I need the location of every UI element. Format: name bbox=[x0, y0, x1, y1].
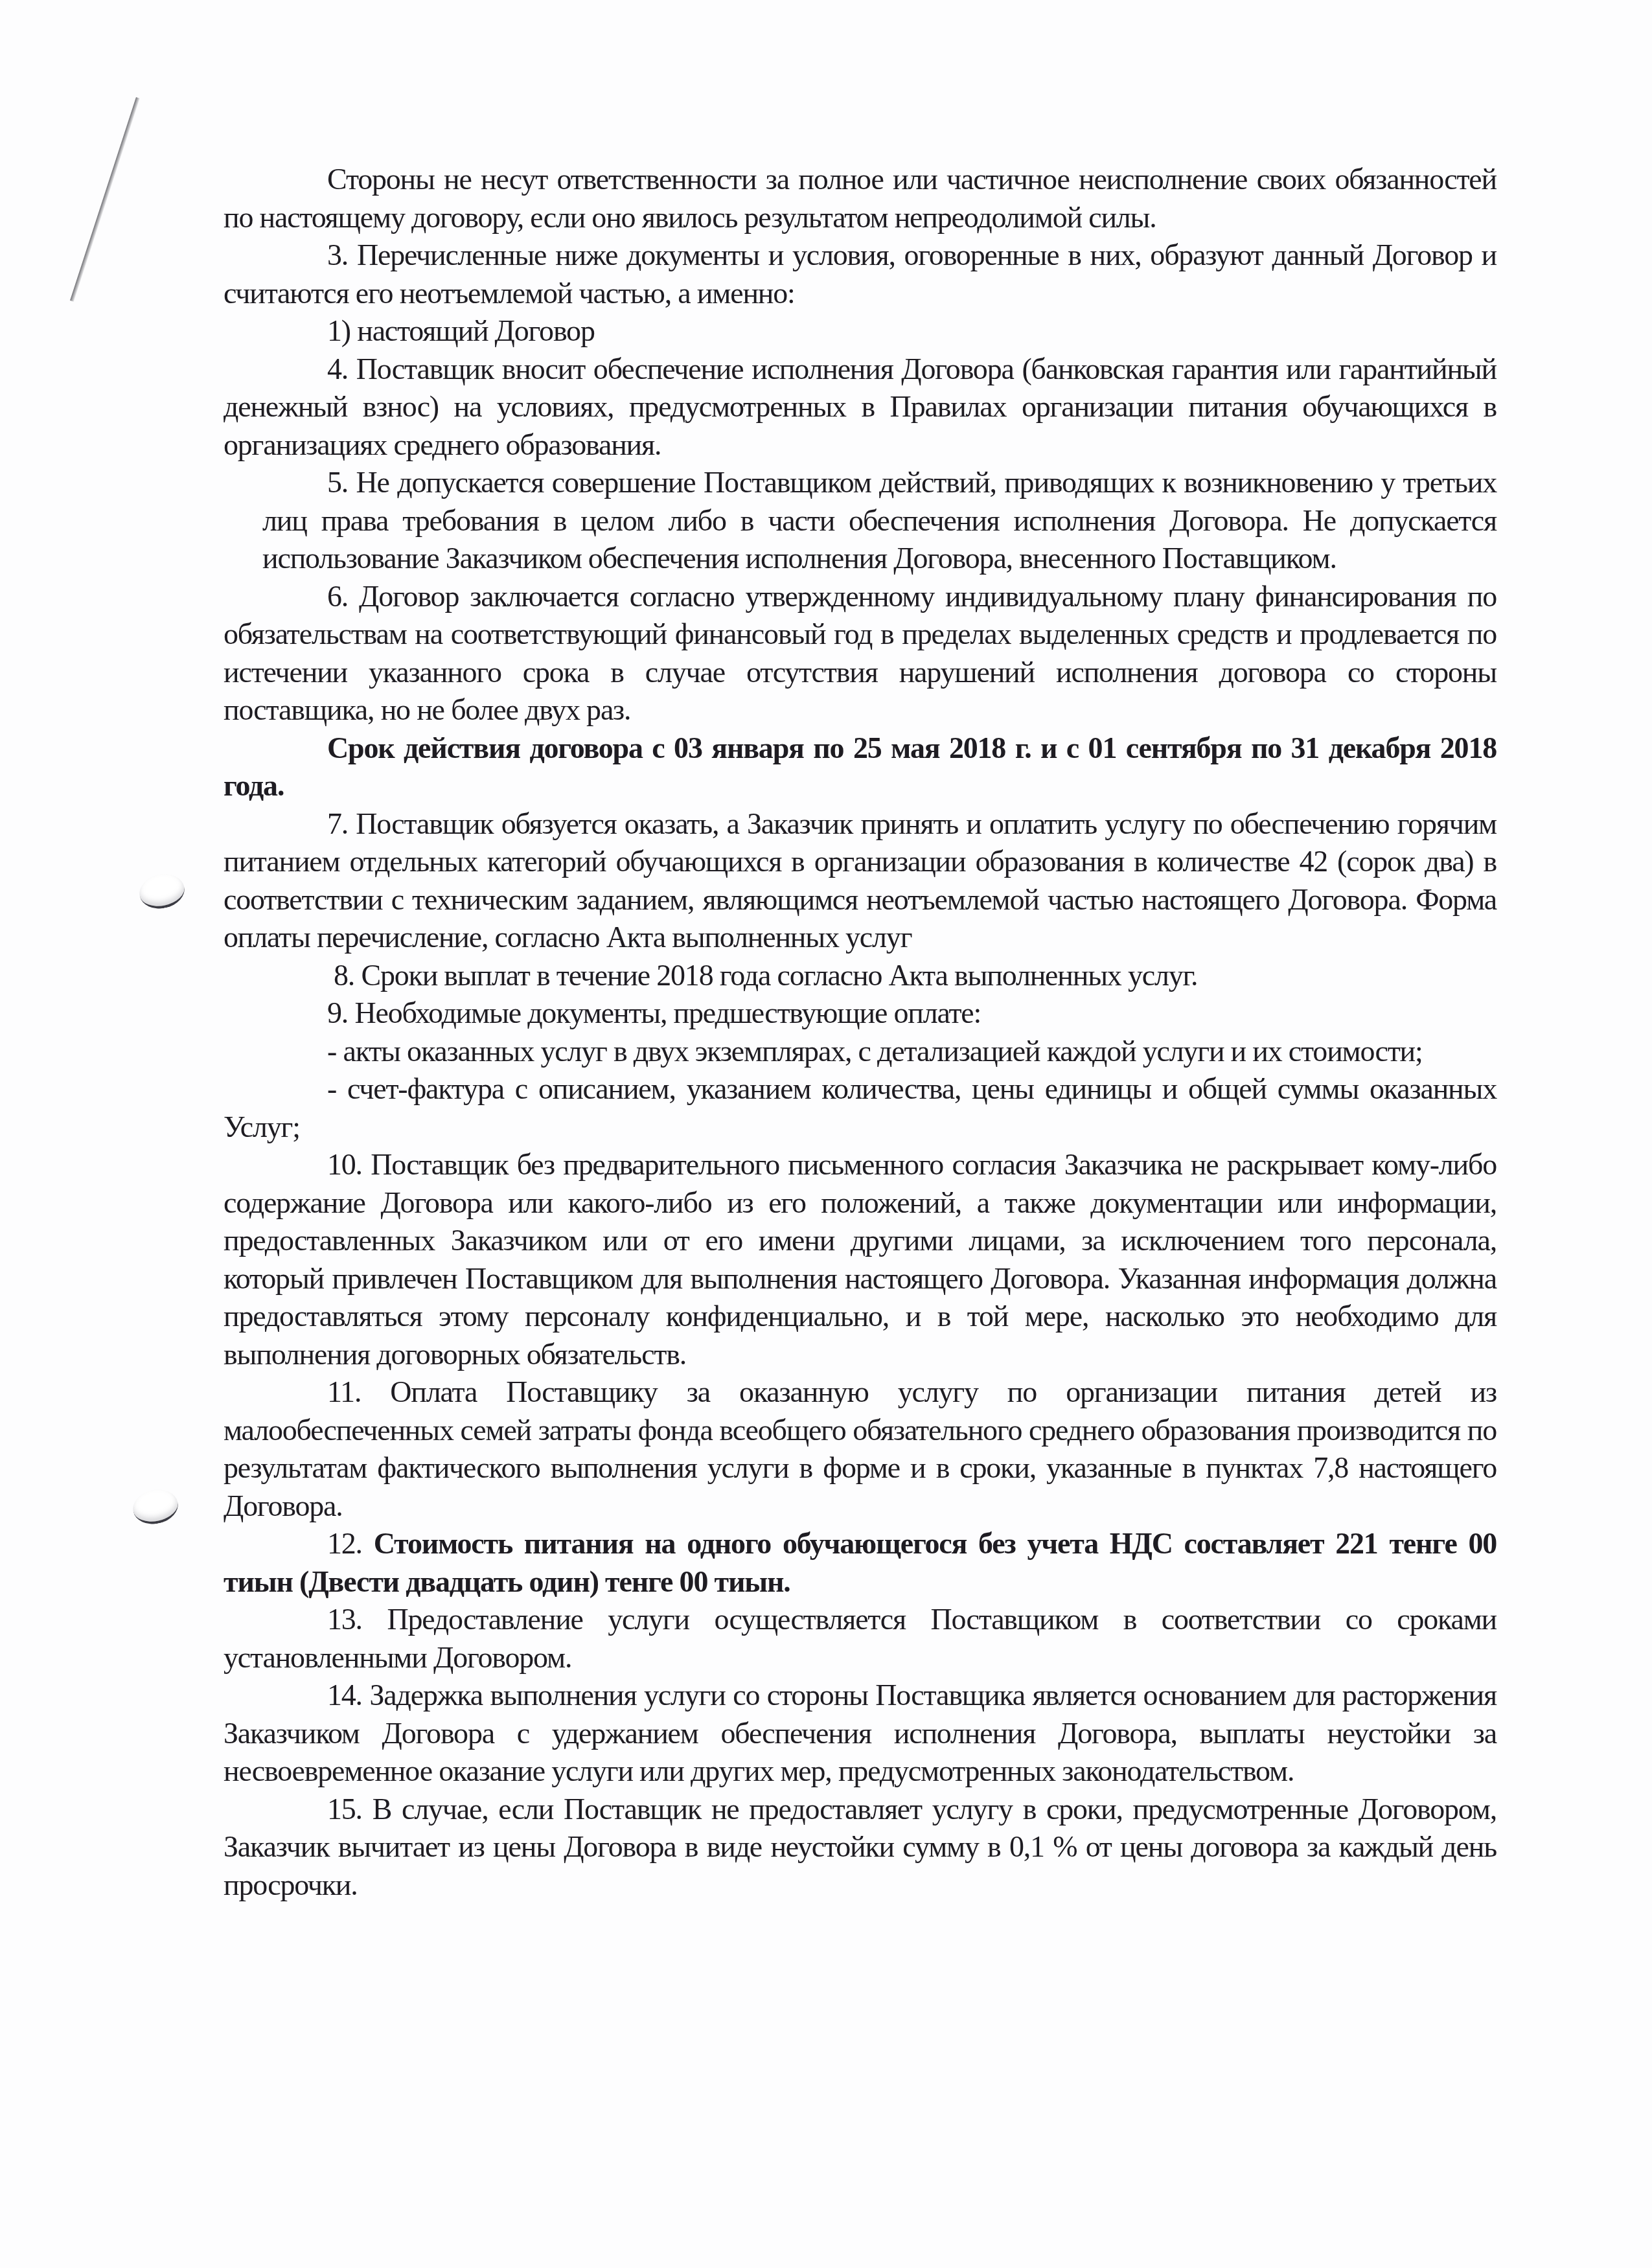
paragraph-12-price-bold: Стоимость питания на одного обучающегося… bbox=[224, 1527, 1497, 1598]
punch-hole-lower bbox=[130, 1485, 181, 1528]
paragraph-3: 3. Перечисленные ниже документы и услови… bbox=[224, 236, 1497, 312]
punch-hole-upper bbox=[136, 870, 187, 912]
paragraph-10: 10. Поставщик без предварительного письм… bbox=[224, 1146, 1497, 1373]
paragraph-4: 4. Поставщик вносит обеспечение исполнен… bbox=[224, 350, 1497, 464]
paragraph-15: 15. В случае, если Поставщик не предоста… bbox=[224, 1791, 1497, 1905]
paragraph-14: 14. Задержка выполнения услуги со сторон… bbox=[224, 1677, 1497, 1791]
paragraph-9: 9. Необходимые документы, предшествующие… bbox=[224, 994, 1497, 1033]
document-page: Стороны не несут ответственности за полн… bbox=[224, 161, 1497, 1904]
paragraph-3-item-1: 1) настоящий Договор bbox=[224, 312, 1497, 350]
contract-term-bold: Срок действия договора с 03 января по 25… bbox=[224, 729, 1497, 805]
paragraph-13: 13. Предоставление услуги осуществляется… bbox=[224, 1601, 1497, 1677]
scan-edge-shadow bbox=[70, 97, 140, 302]
paragraph-9-item-2: - счет-фактура с описанием, указанием ко… bbox=[224, 1070, 1497, 1146]
paragraph-12: 12. Стоимость питания на одного обучающе… bbox=[224, 1525, 1497, 1601]
paragraph-force-majeure: Стороны не несут ответственности за полн… bbox=[224, 161, 1497, 236]
paragraph-5: 5. Не допускается совершение Поставщиком… bbox=[224, 464, 1497, 578]
paragraph-12-number: 12. bbox=[327, 1527, 374, 1560]
paragraph-9-item-1: - акты оказанных услуг в двух экземпляра… bbox=[224, 1033, 1497, 1071]
paragraph-6: 6. Договор заключается согласно утвержде… bbox=[224, 578, 1497, 729]
paragraph-11: 11. Оплата Поставщику за оказанную услуг… bbox=[224, 1373, 1497, 1525]
paragraph-8: 8. Сроки выплат в течение 2018 года согл… bbox=[224, 957, 1497, 995]
paragraph-7: 7. Поставщик обязуется оказать, а Заказч… bbox=[224, 805, 1497, 957]
